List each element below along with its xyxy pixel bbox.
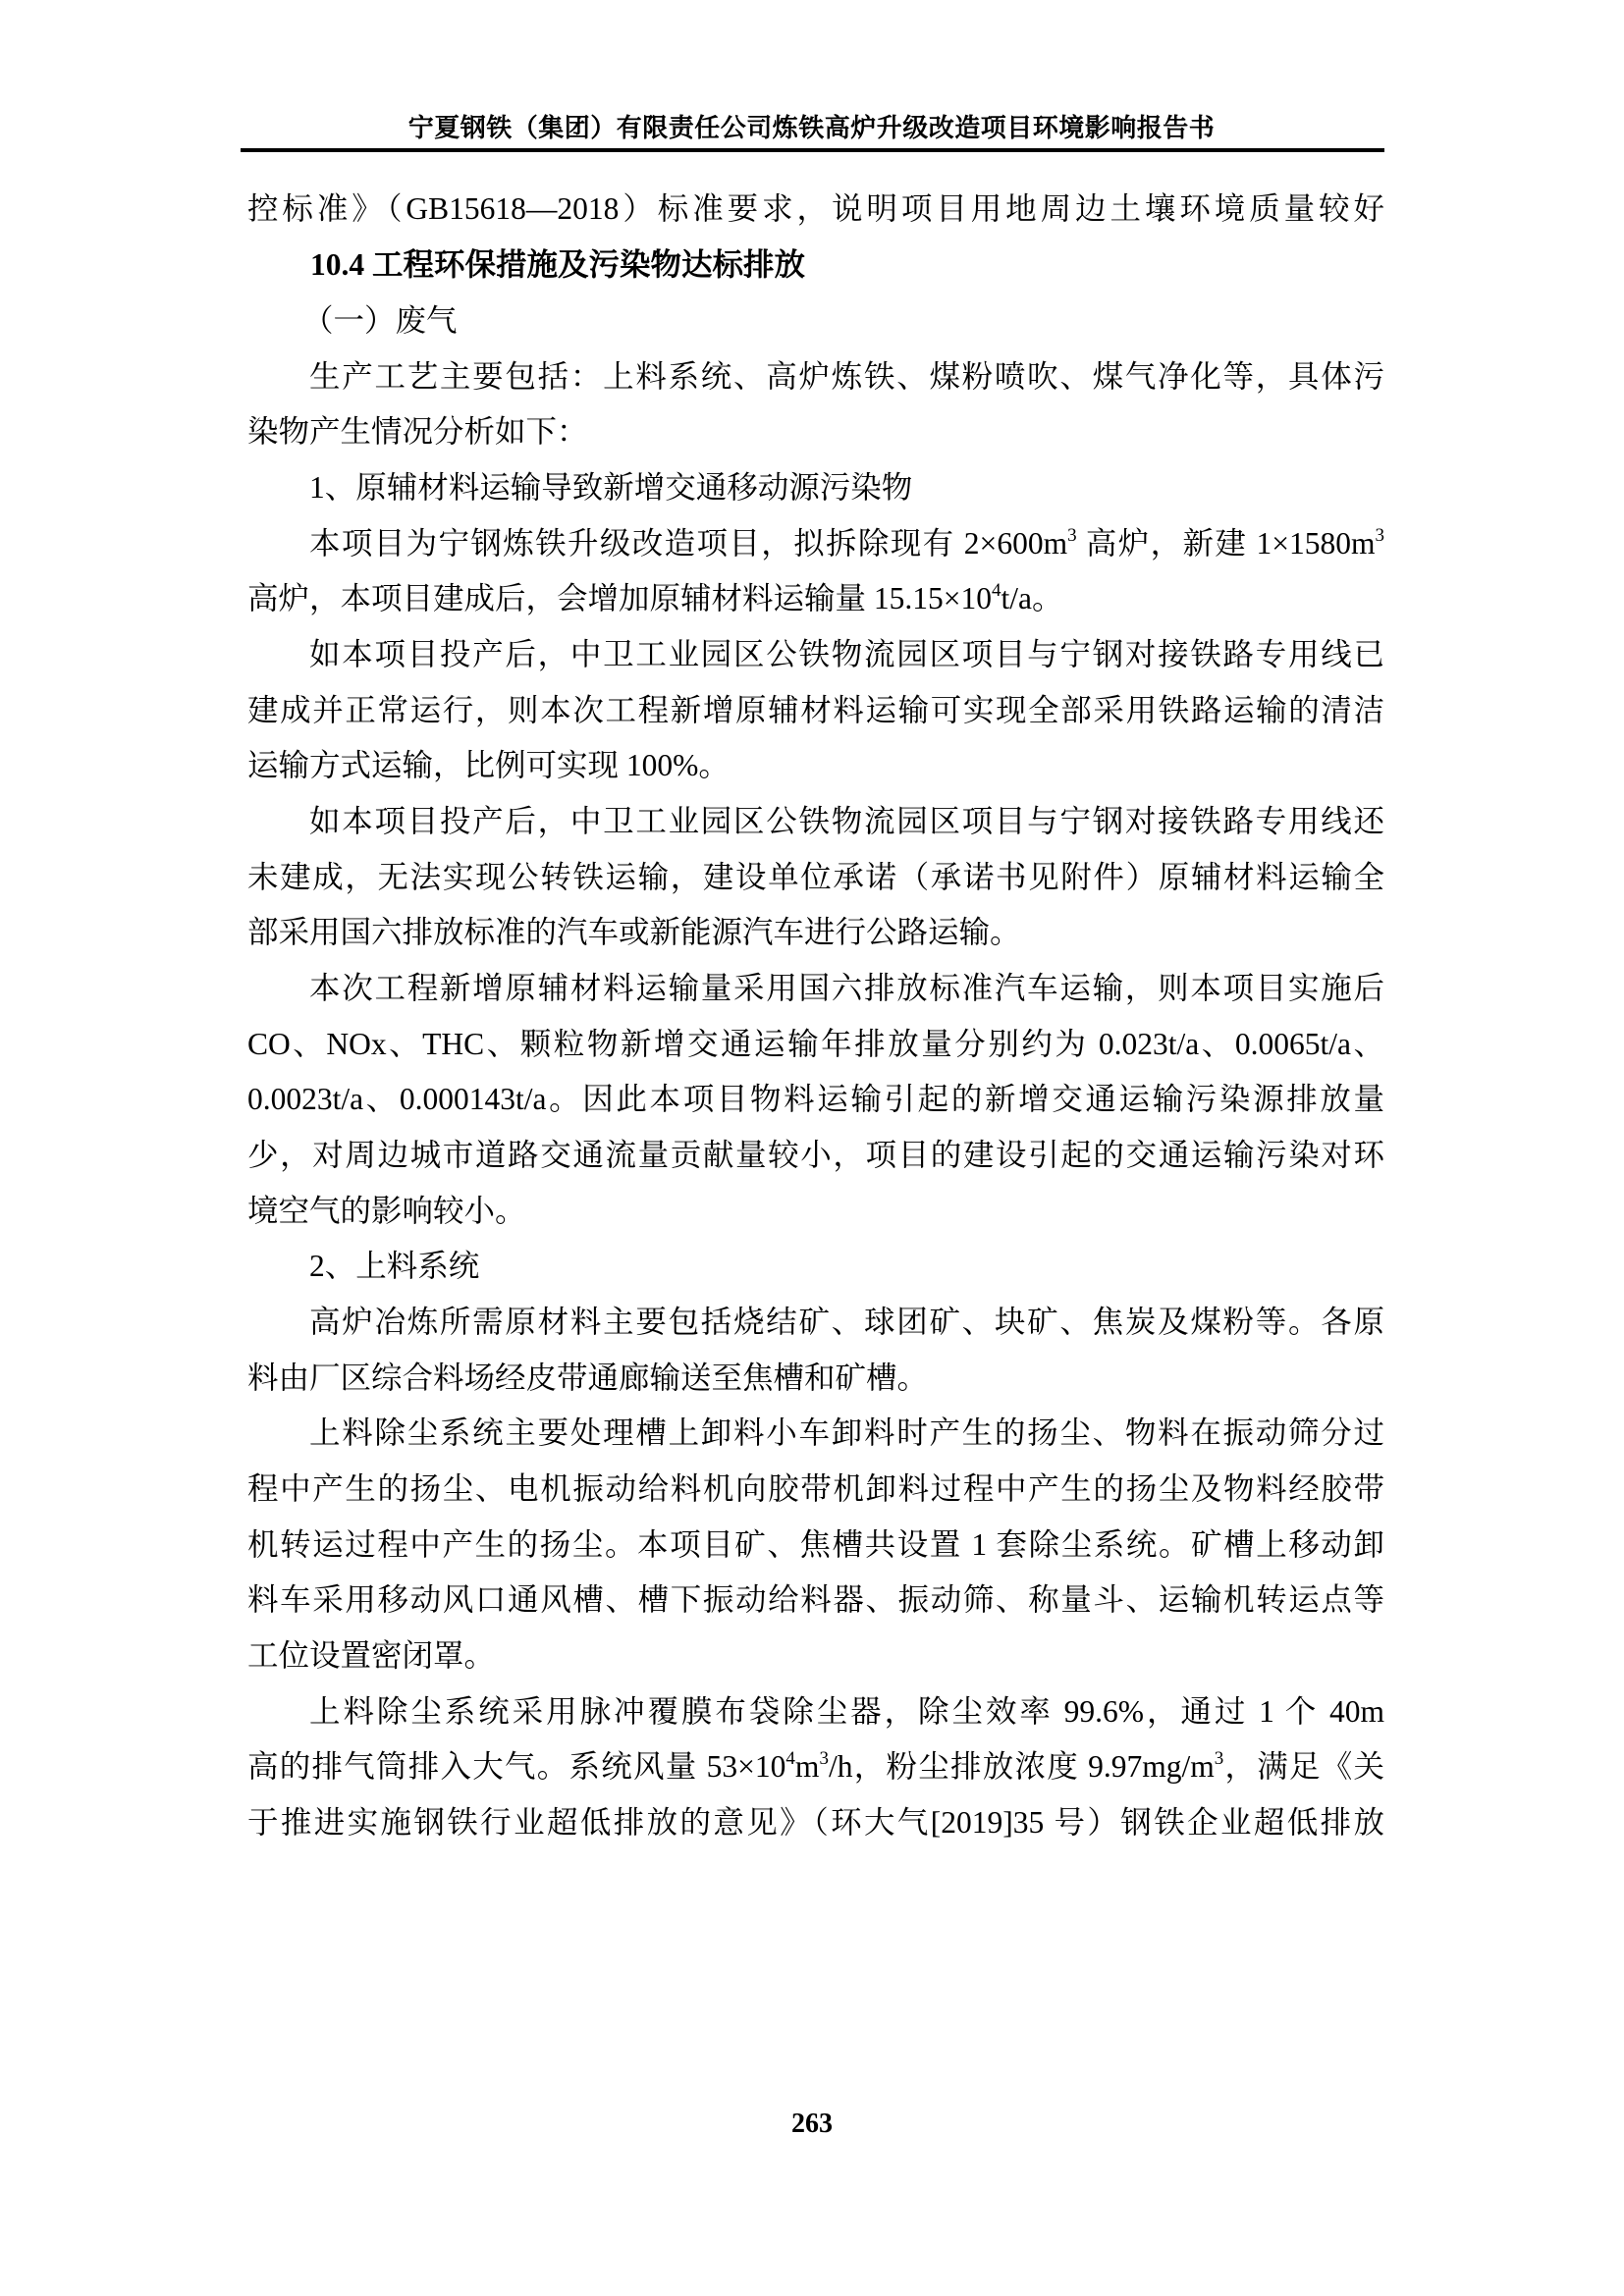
paragraph-line: 如本项目投产后，中卫工业园区公铁物流园区项目与宁钢对接铁路专用线已 — [309, 635, 1384, 674]
item-heading: 2、上料系统 — [309, 1247, 1384, 1286]
paragraph-line: 本项目为宁钢炼铁升级改造项目，拟拆除现有 2×600m3 高炉，新建 1×158… — [309, 524, 1384, 563]
paragraph-line: 生产工艺主要包括：上料系统、高炉炼铁、煤粉喷吹、煤气净化等，具体污 — [309, 357, 1384, 397]
paragraph-line: 运输方式运输，比例可实现 100%。 — [247, 746, 1384, 785]
paragraph-line: 上料除尘系统采用脉冲覆膜布袋除尘器，除尘效率 99.6%，通过 1 个 40m — [309, 1692, 1384, 1732]
paragraph-line: 料由厂区综合料场经皮带通廊输送至焦槽和矿槽。 — [247, 1359, 1384, 1398]
paragraph-line: 染物产生情况分析如下： — [247, 412, 1384, 452]
paragraph-line: 部采用国六排放标准的汽车或新能源汽车进行公路运输。 — [247, 913, 1384, 952]
paragraph-line: 0.0023t/a、0.000143t/a。因此本项目物料运输引起的新增交通运输… — [247, 1080, 1384, 1119]
paragraph-line: CO、NOx、THC、颗粒物新增交通运输年排放量分别约为 0.023t/a、0.… — [247, 1025, 1384, 1064]
running-header-title: 宁夏钢铁（集团）有限责任公司炼铁高炉升级改造项目环境影响报告书 — [241, 114, 1382, 143]
paragraph-line: 少，对周边城市道路交通流量贡献量较小，项目的建设引起的交通运输污染对环 — [247, 1136, 1384, 1175]
paragraph-line: 高的排气筒排入大气。系统风量 53×104m3/h，粉尘排放浓度 9.97mg/… — [247, 1747, 1384, 1787]
header-rule — [241, 148, 1384, 152]
paragraph-line: 于推进实施钢铁行业超低排放的意见》（环大气[2019]35 号）钢铁企业超低排放 — [247, 1803, 1384, 1842]
paragraph-line: 工位设置密闭罩。 — [247, 1636, 1384, 1676]
paragraph-line: 如本项目投产后，中卫工业园区公铁物流园区项目与宁钢对接铁路专用线还 — [309, 802, 1384, 841]
document-page: 宁夏钢铁（集团）有限责任公司炼铁高炉升级改造项目环境影响报告书 控标准》（GB1… — [0, 0, 1624, 2296]
page-number: 263 — [0, 2109, 1624, 2140]
section-heading: 10.4 工程环保措施及污染物达标排放 — [310, 245, 1447, 285]
paragraph-line: 料车采用移动风口通风槽、槽下振动给料器、振动筛、称量斗、运输机转运点等 — [247, 1580, 1384, 1620]
paragraph-line: 高炉，本项目建成后，会增加原辅材料运输量 15.15×104t/a。 — [247, 579, 1384, 618]
subsection-heading: （一）废气 — [302, 301, 1439, 341]
paragraph-line: 机转运过程中产生的扬尘。本项目矿、焦槽共设置 1 套除尘系统。矿槽上移动卸 — [247, 1525, 1384, 1565]
paragraph-line: 上料除尘系统主要处理槽上卸料小车卸料时产生的扬尘、物料在振动筛分过 — [309, 1414, 1384, 1453]
paragraph-line: 控标准》（GB15618—2018）标准要求，说明项目用地周边土壤环境质量较好 — [247, 189, 1384, 229]
item-heading: 1、原辅材料运输导致新增交通移动源污染物 — [309, 468, 1384, 507]
paragraph-line: 境空气的影响较小。 — [247, 1192, 1384, 1231]
paragraph-line: 建成并正常运行，则本次工程新增原辅材料运输可实现全部采用铁路运输的清洁 — [247, 691, 1384, 730]
paragraph-line: 本次工程新增原辅材料运输量采用国六排放标准汽车运输，则本项目实施后 — [309, 969, 1384, 1008]
paragraph-line: 高炉冶炼所需原材料主要包括烧结矿、球团矿、块矿、焦炭及煤粉等。各原 — [309, 1303, 1384, 1342]
paragraph-line: 未建成，无法实现公转铁运输，建设单位承诺（承诺书见附件）原辅材料运输全 — [247, 858, 1384, 897]
paragraph-line: 程中产生的扬尘、电机振动给料机向胶带机卸料过程中产生的扬尘及物料经胶带 — [247, 1469, 1384, 1509]
